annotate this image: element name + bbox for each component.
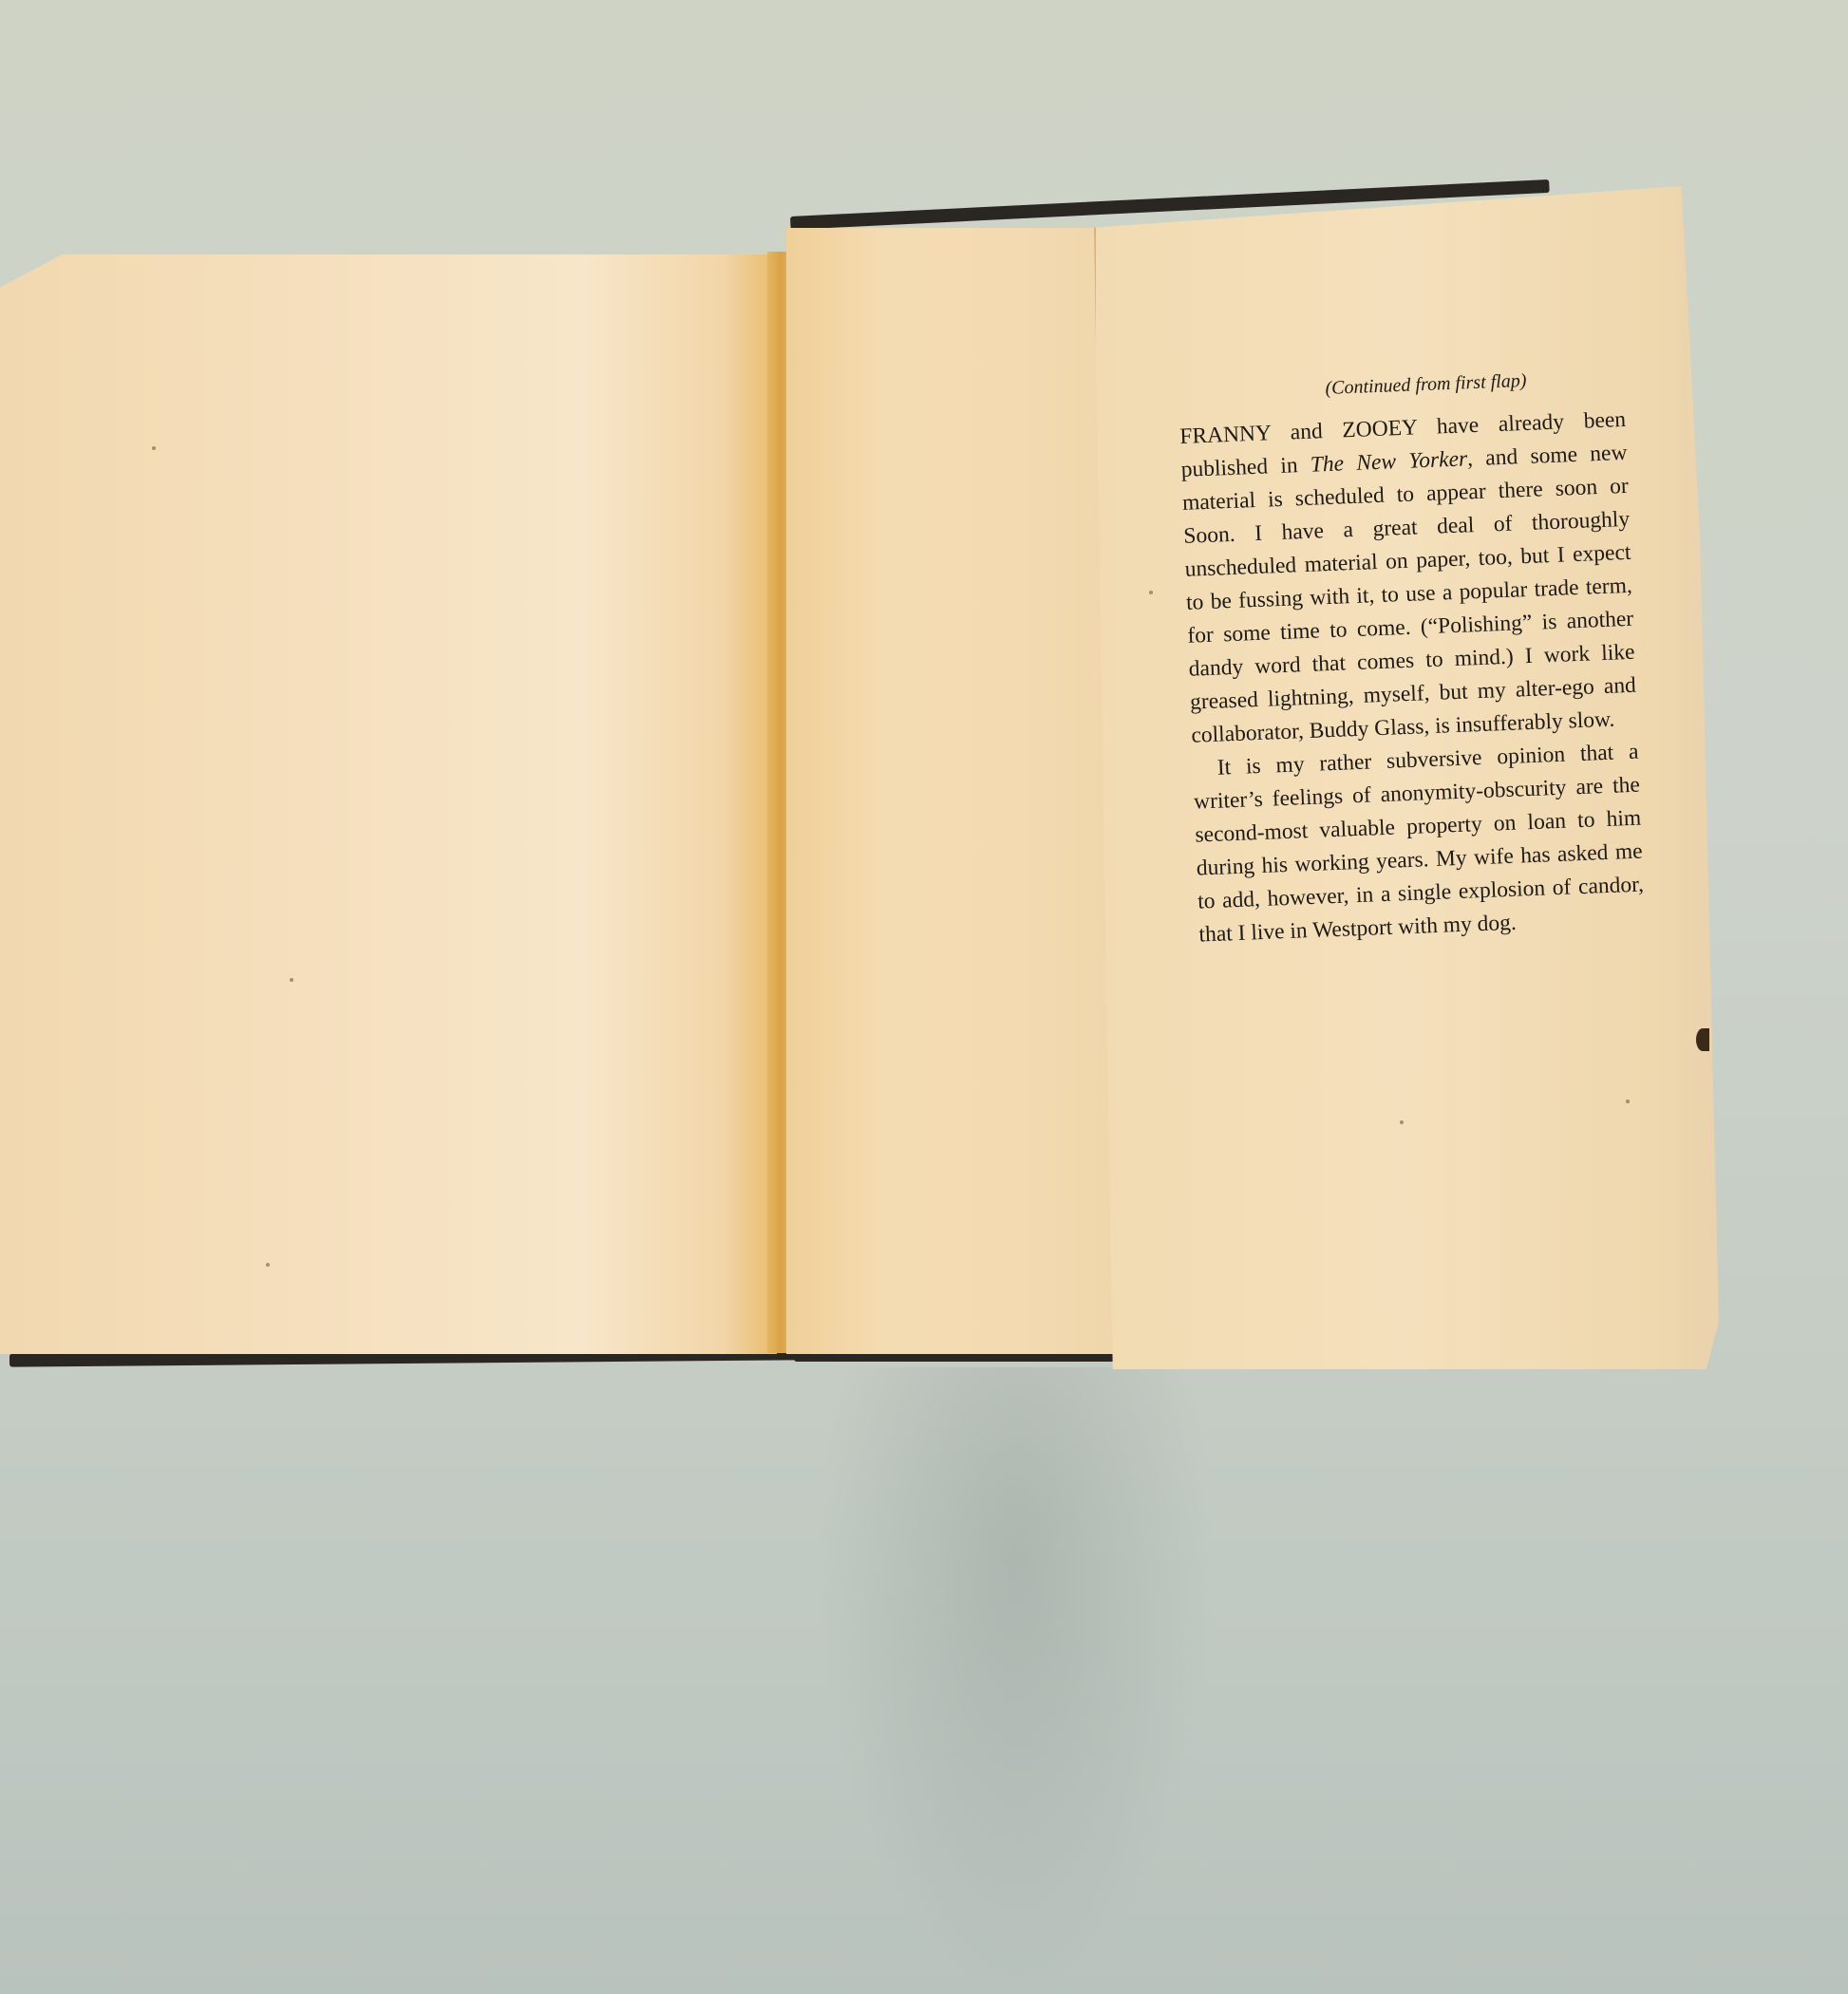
paper-speck <box>266 1263 270 1267</box>
magazine-title: The New Yorker <box>1310 446 1467 477</box>
paper-speck <box>1626 1100 1630 1103</box>
flap-text-block: (Continued from first flap) FRANNY and Z… <box>1178 361 1646 952</box>
middle-endpaper <box>786 228 1121 1354</box>
jacket-tear <box>1696 1028 1709 1051</box>
left-endpaper <box>0 254 777 1354</box>
flap-paragraph-2: It is my rather subversive opinion that … <box>1192 736 1646 952</box>
paper-speck <box>1400 1120 1404 1124</box>
paper-speck <box>290 978 293 982</box>
flap-paragraph-1: FRANNY and ZOOEY have already been publi… <box>1179 404 1638 753</box>
table-shadow <box>817 1367 1216 1994</box>
paper-speck <box>152 446 156 450</box>
paragraph-1-text-end: , and some new material is scheduled to … <box>1182 441 1637 748</box>
paper-speck <box>1149 591 1153 594</box>
